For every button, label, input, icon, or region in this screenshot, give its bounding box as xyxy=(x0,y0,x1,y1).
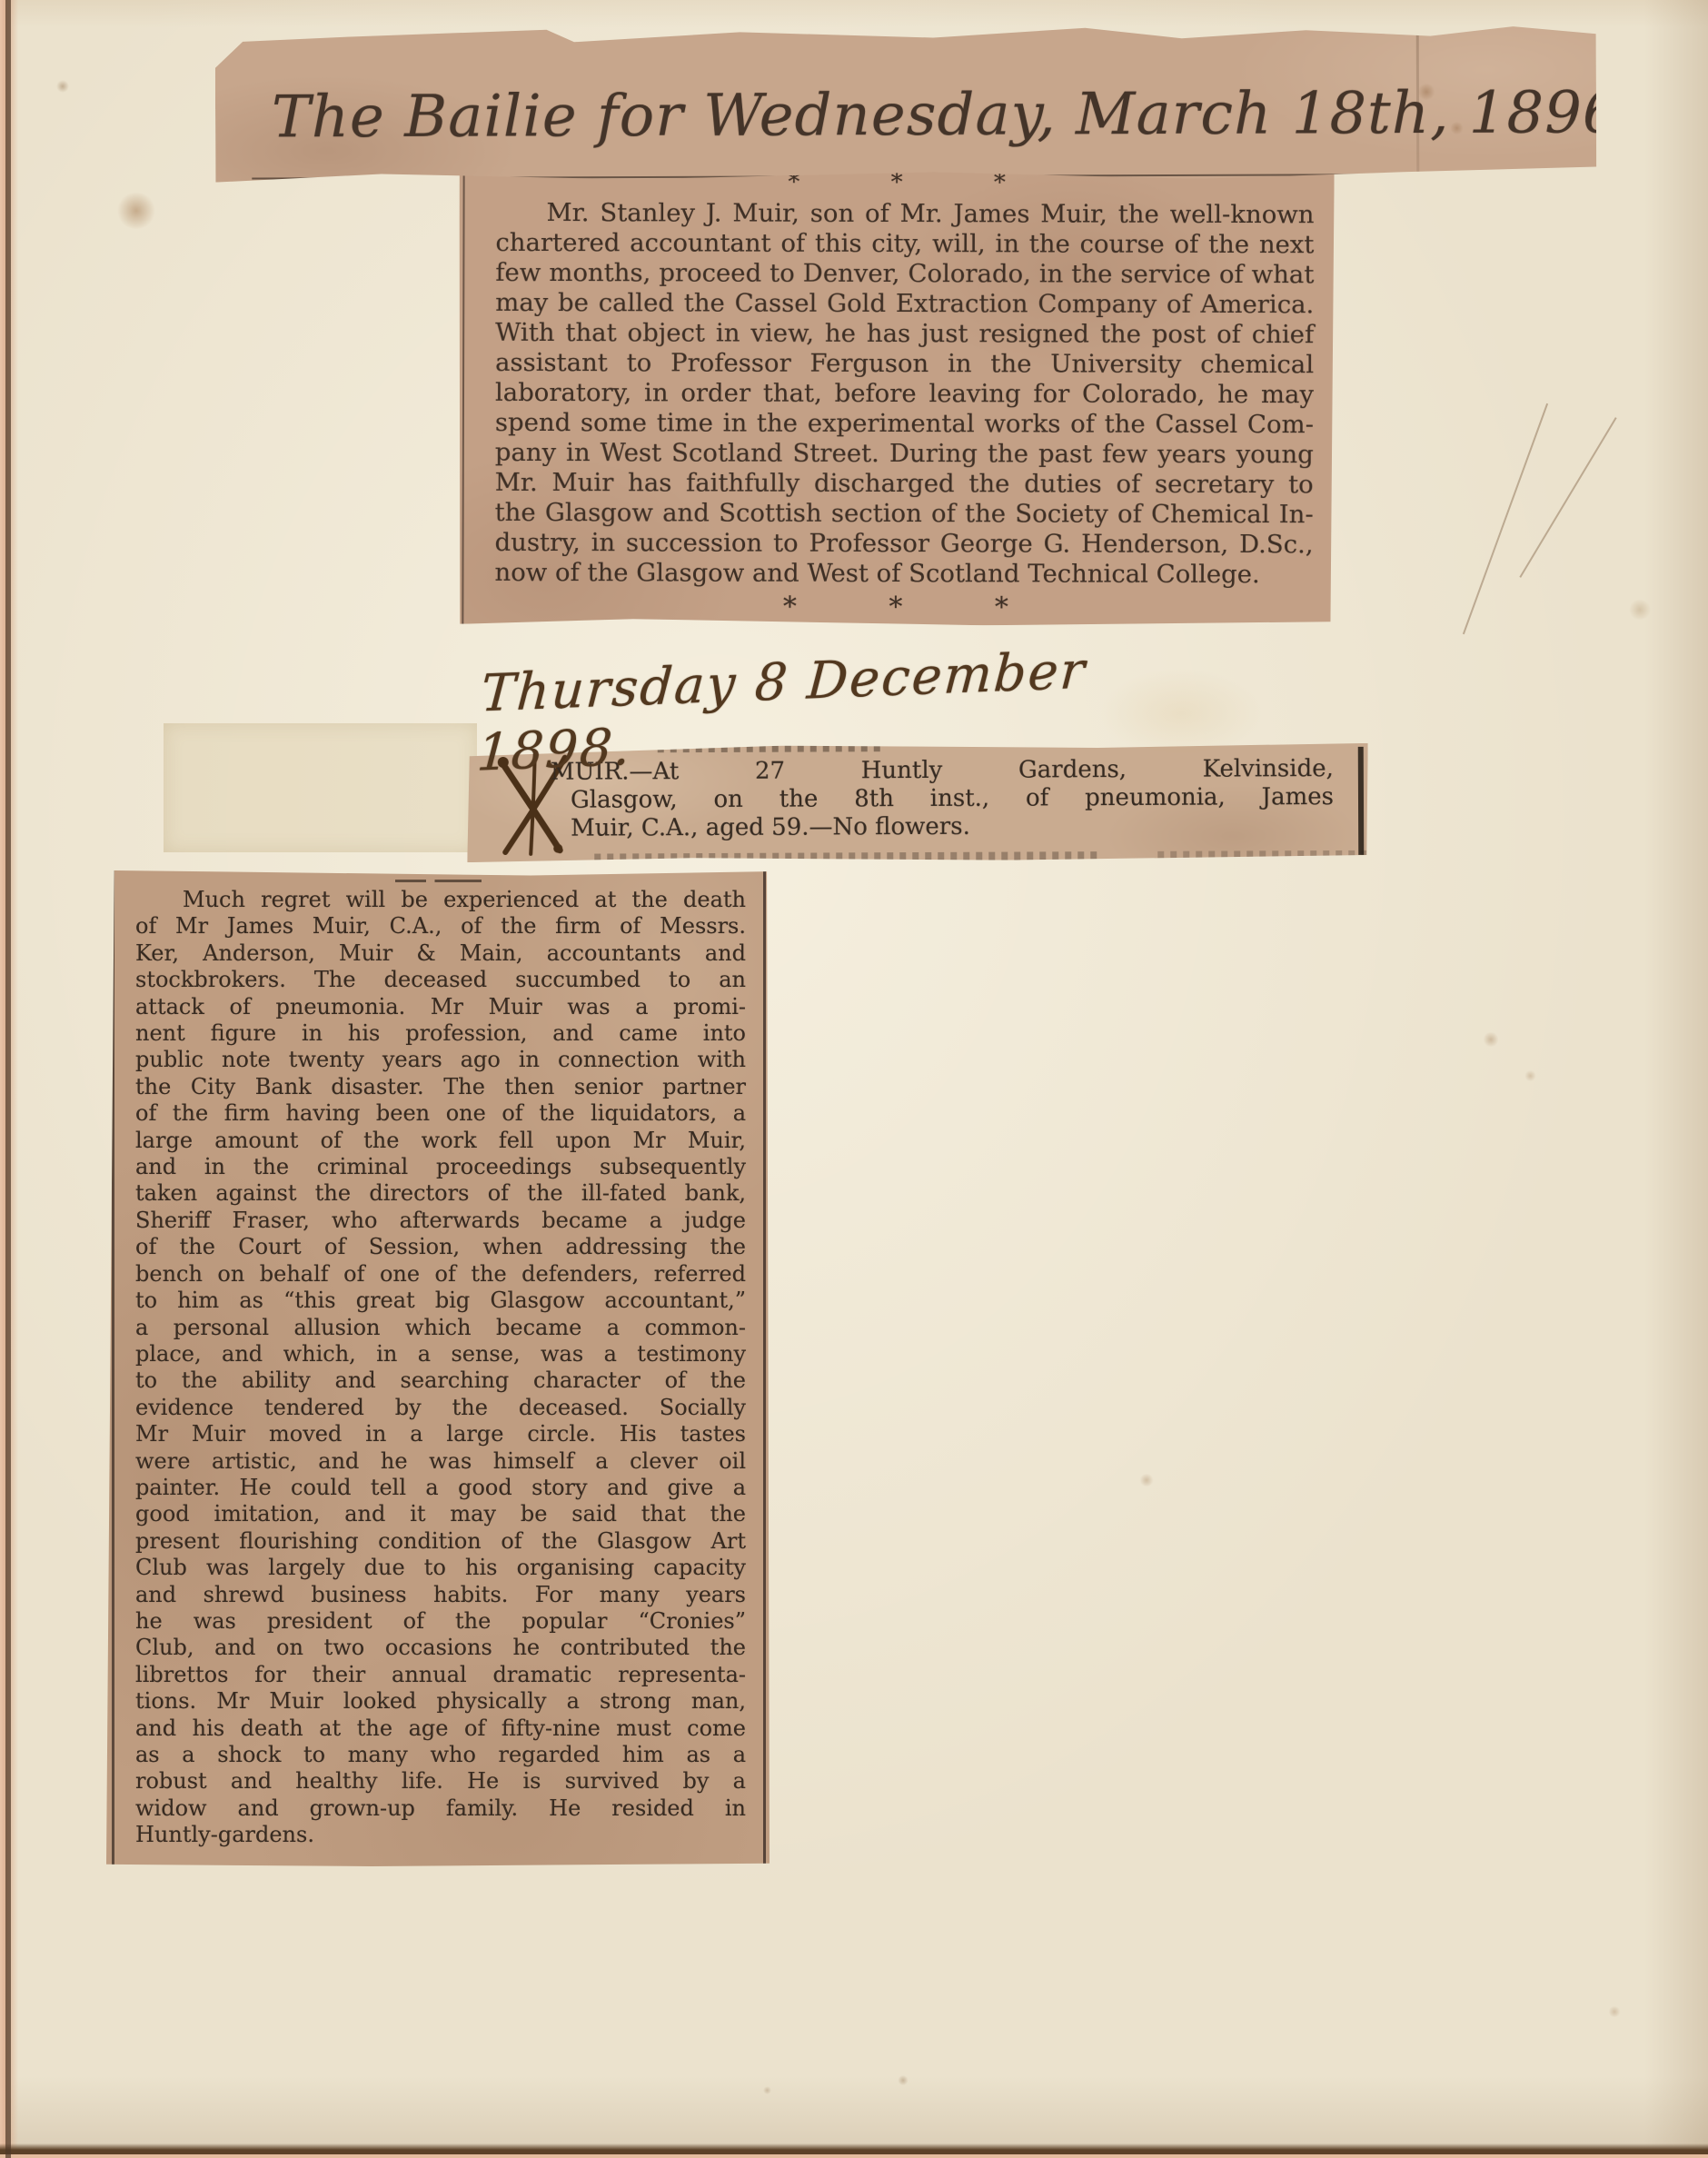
text-line: dustry, in succession to Professor Georg… xyxy=(495,528,1314,560)
text-line: Huntly-gardens. xyxy=(135,1822,746,1848)
text-line: attack of pneumonia. Mr Muir was a promi… xyxy=(135,994,746,1020)
text-line: Mr. Stanley J. Muir, son of Mr. James Mu… xyxy=(495,198,1314,230)
article-clipping-1896: * * * Mr. Stanley J. Muir, son of Mr. Ja… xyxy=(458,168,1334,627)
cut-text-marks xyxy=(1157,850,1366,860)
text-line: and his death at the age of fifty-nine m… xyxy=(135,1715,746,1742)
text-line: good imitation, and it may be said that … xyxy=(135,1501,746,1527)
scrapbook-page: The Bailie for Wednesday, March 18th, 18… xyxy=(0,0,1708,2158)
obituary-text: Much regret will be experienced at the d… xyxy=(106,885,770,1849)
article-text: Mr. Stanley J. Muir, son of Mr. James Mu… xyxy=(458,192,1334,591)
stain-spot xyxy=(1139,1474,1154,1487)
text-line: taken against the directors of the ill-f… xyxy=(135,1180,746,1207)
text-line: of the firm having been one of the liqui… xyxy=(135,1100,746,1127)
handwritten-date: Thursday 8 December 1898. xyxy=(477,636,1209,759)
page-edge-left xyxy=(0,0,18,2158)
stain-spot xyxy=(116,193,156,229)
text-line: assistant to Professor Ferguson in the U… xyxy=(495,348,1314,380)
text-line: few months, proceed to Denver, Colorado,… xyxy=(495,258,1314,290)
death-notice-text: MUIR.—At 27 Huntly Gardens, Kelvinside,G… xyxy=(551,755,1334,843)
scratch-mark xyxy=(1463,403,1548,634)
text-line: librettos for their annual dramatic repr… xyxy=(135,1662,746,1688)
scratch-mark xyxy=(1519,417,1616,578)
column-rule-right xyxy=(1358,747,1365,855)
text-line: Ker, Anderson, Muir & Main, accountants … xyxy=(135,940,746,967)
text-line: robust and healthy life. He is survived … xyxy=(135,1768,746,1795)
text-line: Glasgow, on the 8th inst., of pneumonia,… xyxy=(551,783,1334,815)
text-line: nent figure in his profession, and came … xyxy=(135,1020,746,1047)
section-divider xyxy=(395,880,482,882)
text-line: as a shock to many who regarded him as a xyxy=(135,1742,746,1768)
text-line: pany in West Scotland Street. During the… xyxy=(495,438,1314,470)
text-line: and in the criminal proceedings subseque… xyxy=(135,1154,746,1180)
text-line: With that object in view, he has just re… xyxy=(495,318,1314,350)
text-line: spend some time in the experimental work… xyxy=(495,408,1314,440)
stain-spot xyxy=(1608,2006,1621,2017)
text-line: present flourishing condition of the Gla… xyxy=(135,1528,746,1555)
text-line: were artistic, and he was himself a clev… xyxy=(135,1448,746,1475)
text-line: the City Bank disaster. The then senior … xyxy=(135,1074,746,1100)
text-line: widow and grown-up family. He resided in xyxy=(135,1795,746,1822)
stain-spot xyxy=(1524,1070,1536,1081)
text-line: laboratory, in order that, before leavin… xyxy=(495,378,1314,410)
page-edge-bottom xyxy=(0,2143,1708,2158)
text-line: the Glasgow and Scottish section of the … xyxy=(495,498,1314,530)
text-line: to him as “this great big Glasgow accoun… xyxy=(135,1288,746,1314)
text-line: Muir, C.A., aged 59.—No flowers. xyxy=(551,811,1334,843)
text-line: Sheriff Fraser, who afterwards became a … xyxy=(135,1208,746,1234)
text-line: Club, and on two occasions he contribute… xyxy=(135,1635,746,1661)
text-line: Mr. Muir has faithfully discharged the d… xyxy=(495,468,1314,500)
masthead-title: The Bailie for Wednesday, March 18th, 18… xyxy=(272,23,1641,194)
text-line: a personal allusion which became a commo… xyxy=(135,1315,746,1341)
stain-spot xyxy=(1483,1032,1499,1047)
text-line: MUIR.—At 27 Huntly Gardens, Kelvinside, xyxy=(551,755,1334,787)
text-line: of the Court of Session, when addressing… xyxy=(135,1234,746,1260)
text-line: chartered accountant of this city, will,… xyxy=(495,228,1314,260)
text-line: Mr Muir moved in a large circle. His tas… xyxy=(135,1421,746,1447)
stain-spot xyxy=(56,80,69,93)
stain-spot xyxy=(763,2086,771,2094)
text-line: of Mr James Muir, C.A., of the firm of M… xyxy=(135,913,746,940)
stain-spot xyxy=(1628,600,1652,620)
text-line: bench on behalf of one of the defenders,… xyxy=(135,1261,746,1288)
text-line: he was president of the popular “Cronies… xyxy=(135,1608,746,1635)
text-line: painter. He could tell a good story and … xyxy=(135,1475,746,1501)
text-line: to the ability and searching character o… xyxy=(135,1367,746,1394)
text-line: evidence tendered by the deceased. Socia… xyxy=(135,1395,746,1421)
stain-spot xyxy=(898,2075,909,2085)
text-line: place, and which, in a sense, was a test… xyxy=(135,1341,746,1367)
glue-residue xyxy=(164,723,477,852)
masthead-clipping: The Bailie for Wednesday, March 18th, 18… xyxy=(215,23,1597,182)
obituary-clipping: Much regret will be experienced at the d… xyxy=(106,870,770,1866)
text-line: public note twenty years ago in connecti… xyxy=(135,1047,746,1073)
text-line: may be called the Cassel Gold Extraction… xyxy=(495,288,1314,320)
text-line: tions. Mr Muir looked physically a stron… xyxy=(135,1688,746,1715)
text-line: now of the Glasgow and West of Scotland … xyxy=(494,558,1313,590)
text-line: large amount of the work fell upon Mr Mu… xyxy=(135,1128,746,1154)
text-line: and shrewd business habits. For many yea… xyxy=(135,1582,746,1608)
asterisk-separator-bottom: * * * xyxy=(458,593,1333,627)
text-line: Much regret will be experienced at the d… xyxy=(135,887,746,913)
text-line: stockbrokers. The deceased succumbed to … xyxy=(135,967,746,993)
page-edge-left-line xyxy=(5,0,11,2158)
cut-text-marks xyxy=(594,851,1103,861)
text-line: Club was largely due to his organising c… xyxy=(135,1555,746,1581)
